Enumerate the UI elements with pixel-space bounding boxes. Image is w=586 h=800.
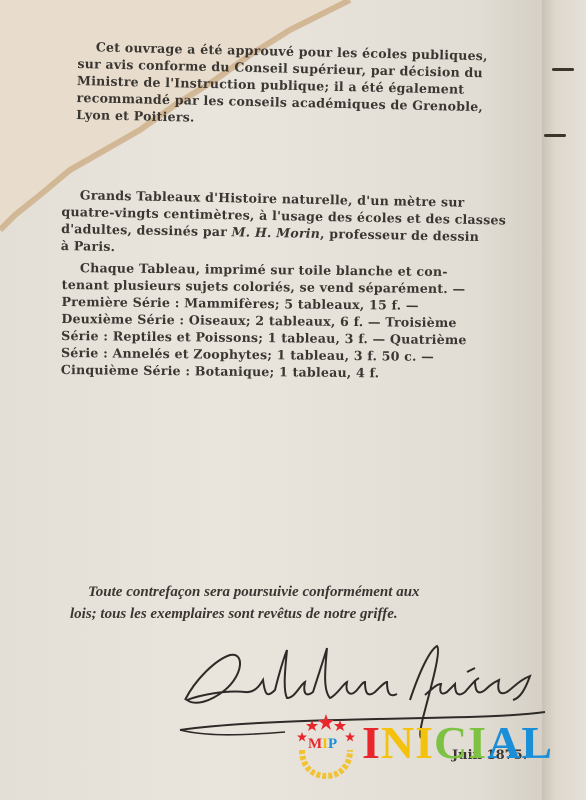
author-name: M. H. Morin: [231, 224, 320, 241]
tableaux-paragraph: Grands Tableaux d'Histoire naturelle, d'…: [61, 186, 538, 263]
text-line: Toute contrefaçon sera poursuivie confor…: [70, 581, 570, 603]
binding-stitch: [552, 68, 574, 71]
watermark-logo: MIP INICIAL: [296, 712, 566, 782]
text-line: lois; tous les exemplaires sont revêtus …: [70, 603, 570, 625]
watermark-letter: I: [468, 717, 487, 768]
watermark-letter: C: [434, 717, 468, 768]
approval-paragraph: Cet ouvrage a été approuvé pour les écol…: [76, 38, 538, 133]
series-paragraph: Chaque Tableau, imprimé sur toile blanch…: [61, 259, 540, 383]
binding-stitch: [544, 134, 566, 137]
watermark-letter: N: [381, 717, 415, 768]
emblem-text: MIP: [308, 736, 337, 753]
emblem-letter: M: [308, 736, 322, 752]
watermark-letter: I: [362, 717, 381, 768]
emblem-letter: P: [328, 736, 337, 752]
watermark-word: INICIAL: [362, 714, 553, 772]
watermark-letter: L: [521, 717, 553, 768]
counterfeit-notice: Toute contrefaçon sera poursuivie confor…: [70, 581, 570, 625]
watermark-letter: I: [415, 717, 434, 768]
watermark-letter: A: [487, 717, 521, 768]
text-segment: , professeur de dessin: [320, 226, 479, 244]
